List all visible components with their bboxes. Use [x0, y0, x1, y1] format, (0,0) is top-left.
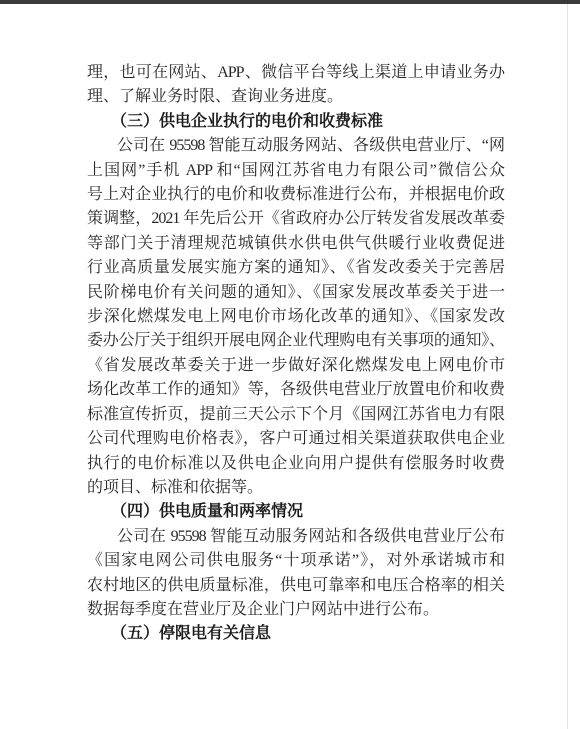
document-text-block: 理，也可在网站、APP、微信平台等线上渠道上申请业务办 理、了解业务时限、查询业… — [87, 61, 504, 647]
text-line: 理，也可在网站、APP、微信平台等线上渠道上申请业务办 — [87, 61, 504, 85]
text-line: 上国网”手机 APP 和“国网江苏省电力有限公司”微信公众 — [87, 159, 504, 183]
window-top-edge — [0, 0, 580, 4]
text-line: 执行的电价标准以及供电企业向用户提供有偿服务时收费 — [87, 452, 504, 476]
section-heading-four: （四）供电质量和两率情况 — [87, 500, 504, 524]
text-line: 标准宣传折页，提前三天公示下个月《国网江苏省电力有限 — [87, 403, 504, 427]
paragraph-first-line: 公司在 95598 智能互动服务网站和各级供电营业厅公布 — [87, 525, 504, 549]
text-line: 数据每季度在营业厅及企业门户网站中进行公布。 — [87, 598, 504, 622]
section-heading-three: （三）供电企业执行的电价和收费标准 — [87, 110, 504, 134]
text-line: 步深化燃煤发电上网电价市场化改革的通知》、《国家发改 — [87, 305, 504, 329]
text-line: 委办公厅关于组织开展电网企业代理购电有关事项的通知》、 — [87, 329, 504, 353]
section-heading-five: （五）停限电有关信息 — [87, 622, 504, 646]
text-line: 等部门关于清理规范城镇供水供电供气供暖行业收费促进 — [87, 232, 504, 256]
text-line: 农村地区的供电质量标准，供电可靠率和电压合格率的相关 — [87, 574, 504, 598]
document-page: 理，也可在网站、APP、微信平台等线上渠道上申请业务办 理、了解业务时限、查询业… — [0, 0, 580, 729]
text-line: 场化改革工作的通知》等，各级供电营业厅放置电价和收费 — [87, 378, 504, 402]
text-line: 民阶梯电价有关问题的通知》、《国家发展改革委关于进一 — [87, 281, 504, 305]
page-edge-shadow — [567, 4, 568, 729]
text-line: 行业高质量发展实施方案的通知》、《省发改委关于完善居 — [87, 256, 504, 280]
paragraph-first-line: 公司在 95598 智能互动服务网站、各级供电营业厅、“网 — [87, 134, 504, 158]
text-line: 的项目、标准和依据等。 — [87, 476, 504, 500]
text-line: 理、了解业务时限、查询业务进度。 — [87, 85, 504, 109]
text-line: 《国家电网公司供电服务“十项承诺”》，对外承诺城市和 — [87, 549, 504, 573]
text-line: 公司代理购电价格表》，客户可通过相关渠道获取供电企业 — [87, 427, 504, 451]
text-line: 策调整，2021 年先后公开《省政府办公厅转发省发展改革委 — [87, 207, 504, 231]
text-line: 号上对企业执行的电价和收费标准进行公布，并根据电价政 — [87, 183, 504, 207]
text-line: 《省发展改革委关于进一步做好深化燃煤发电上网电价市 — [87, 354, 504, 378]
